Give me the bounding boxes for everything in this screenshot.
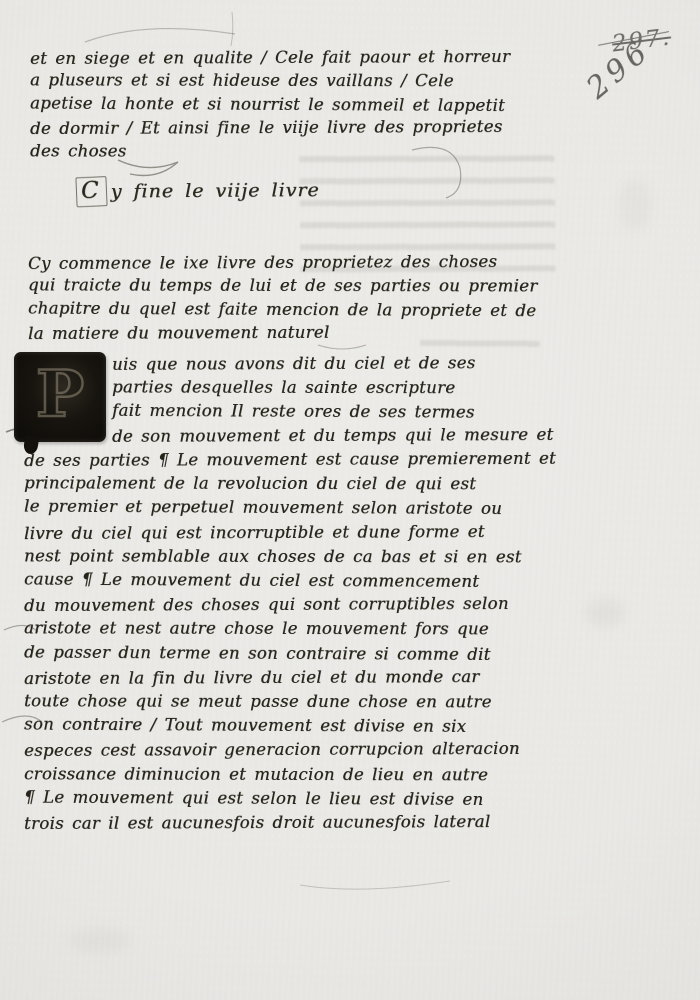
text-line: trois car il est aucunesfois droit aucun… xyxy=(24,810,554,837)
text-line: aristote et nest autre chose le mouvemen… xyxy=(24,617,554,642)
text-line: du mouvement des choses qui sont corrupt… xyxy=(24,592,554,619)
paragraph-incipit-book9: Cy commence le ixe livre des proprietez … xyxy=(28,251,548,345)
text-line: parties desquelles la sainte escripture xyxy=(112,376,552,401)
text-line: a pluseurs et si est hideuse des vaillan… xyxy=(30,69,550,93)
text-line: cause ¶ Le mouvement du ciel est commenc… xyxy=(24,568,554,595)
paragraph-end-book8: et en siege et en qualite / Cele fait pa… xyxy=(30,46,550,163)
text-line: toute chose qui se meut passe dune chose… xyxy=(24,689,554,714)
text-line: ¶ Le mouvement qui est selon le lieu est… xyxy=(24,785,554,812)
text-line: Cy commence le ixe livre des proprietez … xyxy=(28,250,548,276)
text-line: de son mouvement et du temps qui le mesu… xyxy=(112,423,552,449)
text-line: de passer dun terme en son contraire si … xyxy=(24,640,554,667)
initial-letter: P xyxy=(36,363,84,427)
text-line: especes cest assavoir generacion corrupc… xyxy=(24,737,554,764)
text-line: le premier et perpetuel mouvement selon … xyxy=(24,495,554,522)
rubric-boxed-initial: C xyxy=(75,176,107,207)
text-line: croissance diminucion et mutacion de lie… xyxy=(24,762,554,787)
decorated-initial: P xyxy=(14,352,106,442)
text-line: de ses parties ¶ Le mouvement est cause … xyxy=(24,447,554,474)
text-line: fait mencion Il reste ores de ses termes xyxy=(112,399,552,425)
text-line: uis que nous avons dit du ciel et de ses xyxy=(112,351,552,377)
text-line: et en siege et en qualite / Cele fait pa… xyxy=(30,45,550,71)
text-line: livre du ciel qui est incorruptible et d… xyxy=(24,519,554,546)
text-line: des choses xyxy=(30,139,550,163)
text-line: son contraire / Tout mouvement est divis… xyxy=(24,713,554,740)
rubric-text: y fine le viije livre xyxy=(111,179,320,202)
text-line: nest point semblable aux choses de ca ba… xyxy=(24,544,554,569)
text-line: de dormir / Et ainsi fine le viije livre… xyxy=(30,115,550,141)
explicit-rubric: Cy fine le viije livre xyxy=(76,175,320,207)
text-line: principalement de la revolucion du ciel … xyxy=(24,472,554,497)
text-line: aristote en la fin du livre du ciel et d… xyxy=(24,665,554,692)
text-line: la matiere du mouvement naturel xyxy=(28,320,548,346)
text-line: qui traicte du temps de lui et de ses pa… xyxy=(28,274,548,298)
text-line: chapitre du quel est faite mencion de la… xyxy=(28,296,548,322)
text-line: apetise la honte et si nourrist le somme… xyxy=(30,91,550,117)
chapter-text-indented: uis que nous avons dit du ciel et de ses… xyxy=(112,352,552,448)
chapter-text-body: de ses parties ¶ Le mouvement est cause … xyxy=(24,448,554,835)
